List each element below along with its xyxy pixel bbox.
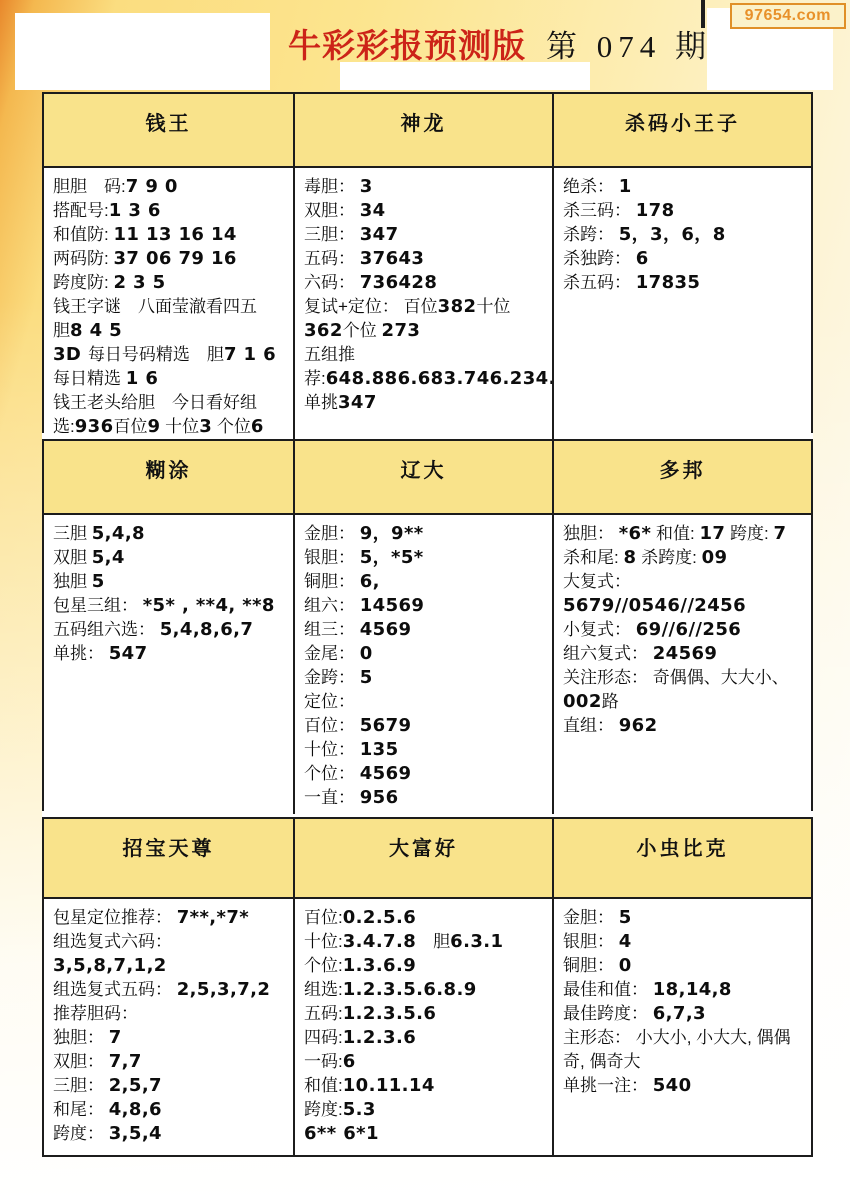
prediction-line: 包星三组： *5* , **4, **8 <box>53 594 284 618</box>
prediction-line: 复试+定位： 百位382十位362个位 273 <box>304 295 543 343</box>
prediction-line: 三胆 5,4,8 <box>53 522 284 546</box>
number-value: 17 <box>699 523 725 544</box>
label-text: 两码防: <box>53 249 113 268</box>
label-text: 直组： <box>563 716 619 735</box>
prediction-line: 和尾： 4,8,6 <box>53 1098 284 1122</box>
label-text: 推荐胆码： <box>53 1004 138 1023</box>
prediction-line: 组六复式： 24569 <box>563 642 802 666</box>
prediction-line: 定位： <box>304 690 543 714</box>
number-value: 5679 <box>360 715 412 736</box>
number-value: 8 <box>623 547 636 568</box>
prediction-line: 单挑： 547 <box>53 642 284 666</box>
prediction-line: 三胆： 347 <box>304 223 543 247</box>
label-text: 每日号码精选 胆 <box>88 345 224 364</box>
section-qianwang: 钱王 胆胆 码:7 9 0搭配号:1 3 6和值防: 11 13 16 14两码… <box>44 94 295 443</box>
number-value: 4 <box>619 931 632 952</box>
label-text: 复试+定位： 百位 <box>304 297 438 316</box>
prediction-line: 组三： 4569 <box>304 618 543 642</box>
section-body: 毒胆： 3双胆： 34三胆： 347五码： 37643六码： 736428复试+… <box>295 168 552 443</box>
label-text: 胆 <box>416 932 450 951</box>
number-value: 5,4,8 <box>92 523 145 544</box>
section-title: 多邦 <box>554 441 811 515</box>
label-text: 跨度: <box>304 1100 343 1119</box>
prediction-line: 组六： 14569 <box>304 594 543 618</box>
prediction-line: 和值防: 11 13 16 14 <box>53 223 284 247</box>
section-zhaobao-tianzun: 招宝天尊 包星定位推荐： 7**,*7*组选复式六码： 3,5,8,7,1,2组… <box>44 819 295 1155</box>
number-value: 347 <box>338 392 377 413</box>
prediction-line: 百位： 5679 <box>304 714 543 738</box>
number-value: 6 <box>251 416 264 437</box>
label-text: 双胆： <box>53 1052 109 1071</box>
number-value: 9 <box>148 416 161 437</box>
label-text: 杀和尾: <box>563 548 623 567</box>
number-value: 7 <box>109 1027 122 1048</box>
label-text: 包星三组： <box>53 596 143 615</box>
label-text: 铜胆： <box>563 956 619 975</box>
prediction-line: 6** 6*1 <box>304 1122 543 1146</box>
prediction-line: 跨度:5.3 <box>304 1098 543 1122</box>
prediction-line: 金尾： 0 <box>304 642 543 666</box>
number-value: 5 <box>92 571 105 592</box>
number-value: 6.3.1 <box>450 931 503 952</box>
label-text: 大复式： <box>563 572 631 591</box>
prediction-line: 双胆 5,4 <box>53 546 284 570</box>
prediction-line: 关注形态： 奇偶偶、大大小、002路 <box>563 666 802 714</box>
label-text: 组选复式五码： <box>53 980 177 999</box>
label-text: 小复式： <box>563 620 636 639</box>
label-text: 百位: <box>304 908 343 927</box>
number-value: 135 <box>360 739 399 760</box>
prediction-line: 独胆： *6* 和值: 17 跨度: 7 杀和尾: 8 杀跨度: 09 <box>563 522 802 570</box>
prediction-line: 独胆 5 <box>53 570 284 594</box>
prediction-line: 组选:1.2.3.5.6.8.9 <box>304 978 543 1002</box>
number-value: 17835 <box>636 272 701 293</box>
prediction-line: 单挑347 <box>304 391 543 415</box>
label-text: 铜胆： <box>304 572 360 591</box>
section-body: 金胆： 5银胆： 4铜胆： 0最佳和值： 18,14,8最佳跨度： 6,7,3主… <box>554 899 811 1155</box>
prediction-line: 跨度： 3,5,4 <box>53 1122 284 1146</box>
prediction-line: 铜胆： 0 <box>563 954 802 978</box>
number-value: 6, <box>360 571 380 592</box>
number-value: *5* , **4, **8 <box>143 595 275 616</box>
prediction-line: 五码： 37643 <box>304 247 543 271</box>
number-value: 3 <box>360 176 373 197</box>
prediction-line: 杀独跨： 6 <box>563 247 802 271</box>
label-text: 最佳和值： <box>563 980 653 999</box>
number-value: 7**,*7* <box>177 907 249 928</box>
prediction-line: 四码:1.2.3.6 <box>304 1026 543 1050</box>
number-value: 14569 <box>360 595 425 616</box>
number-value: 5，*5* <box>360 547 424 568</box>
number-value: 1 3 6 <box>109 200 161 221</box>
label-text: 三胆： <box>304 225 360 244</box>
label-text: 十位 <box>160 417 199 436</box>
section-liaoda: 辽大 金胆： 9，9**银胆： 5，*5*铜胆： 6,组六： 14569组三： … <box>295 441 554 814</box>
label-text: 双胆 <box>53 548 92 567</box>
label-text: 主形态： 小大小, 小大大, 偶偶奇, 偶奇大 <box>563 1028 791 1071</box>
number-value: 1.2.3.5.6.8.9 <box>343 979 477 1000</box>
label-text: 杀独跨： <box>563 249 636 268</box>
number-value: 347 <box>360 224 399 245</box>
label-text: 关注形态： 奇偶偶、大大小、 <box>563 668 789 687</box>
label-text: 个位 <box>212 417 251 436</box>
number-value: 2 3 5 <box>113 272 165 293</box>
section-title: 钱王 <box>44 94 293 168</box>
label-text: 十位： <box>304 740 360 759</box>
prediction-line: 跨度防: 2 3 5 <box>53 271 284 295</box>
section-dafuhao: 大富好 百位:0.2.5.6十位:3.4.7.8 胆6.3.1个位:1.3.6.… <box>295 819 554 1155</box>
prediction-line: 银胆： 5，*5* <box>304 546 543 570</box>
number-value: 002 <box>563 691 602 712</box>
number-value: 362 <box>304 320 343 341</box>
prediction-line: 胆胆 码:7 9 0 <box>53 175 284 199</box>
section-title: 糊涂 <box>44 441 293 515</box>
prediction-line: 金胆： 5 <box>563 906 802 930</box>
label-text: 单挑： <box>53 644 109 663</box>
label-text: 个位： <box>304 764 360 783</box>
prediction-line: 最佳和值： 18,14,8 <box>563 978 802 1002</box>
number-value: 1.3.6.9 <box>343 955 416 976</box>
label-text: 金尾： <box>304 644 360 663</box>
number-value: 178 <box>636 200 675 221</box>
prediction-line: 金胆： 9，9** <box>304 522 543 546</box>
section-xiaochong-bike: 小虫比克 金胆： 5银胆： 4铜胆： 0最佳和值： 18,14,8最佳跨度： 6… <box>554 819 811 1155</box>
section-body: 胆胆 码:7 9 0搭配号:1 3 6和值防: 11 13 16 14两码防: … <box>44 168 293 443</box>
number-value: 4569 <box>360 619 412 640</box>
number-value: 7,7 <box>109 1051 142 1072</box>
label-text: 杀跨： <box>563 225 619 244</box>
number-value: 936 <box>75 416 114 437</box>
label-text: 五码: <box>304 1004 343 1023</box>
number-value: 5.3 <box>343 1099 376 1120</box>
label-text: 和值防: <box>53 225 113 244</box>
number-value: 540 <box>653 1075 692 1096</box>
label-text: 四码: <box>304 1028 343 1047</box>
number-value: 1.2.3.5.6 <box>343 1003 437 1024</box>
number-value: 3D <box>53 344 88 365</box>
label-text: 百位： <box>304 716 360 735</box>
number-value: 2,5,3,7,2 <box>177 979 271 1000</box>
label-text: 金跨： <box>304 668 360 687</box>
number-value: 1.2.3.6 <box>343 1027 416 1048</box>
number-value: 6 <box>343 1051 356 1072</box>
label-text: 一直： <box>304 788 360 807</box>
number-value: 6 <box>636 248 649 269</box>
label-text: 独胆： <box>563 524 619 543</box>
label-text: 百位 <box>114 417 148 436</box>
number-value: 11 13 16 14 <box>113 224 236 245</box>
prediction-line: 单挑一注： 540 <box>563 1074 802 1098</box>
section-title: 招宝天尊 <box>44 819 293 899</box>
label-text: 杀五码： <box>563 273 636 292</box>
prediction-line: 杀五码： 17835 <box>563 271 802 295</box>
prediction-line: 百位:0.2.5.6 <box>304 906 543 930</box>
prediction-line: 金跨： 5 <box>304 666 543 690</box>
section-title: 辽大 <box>295 441 552 515</box>
number-value: 3,5,4 <box>109 1123 162 1144</box>
prediction-line: 十位:3.4.7.8 胆6.3.1 <box>304 930 543 954</box>
number-value: 24569 <box>653 643 718 664</box>
prediction-line: 推荐胆码： <box>53 1002 284 1026</box>
number-value: 382 <box>438 296 477 317</box>
number-value: 09 <box>702 547 728 568</box>
number-value: 0 <box>360 643 373 664</box>
label-text: 独胆 <box>53 572 92 591</box>
section-shama-xiaowangzi: 杀码小王子 绝杀： 1杀三码： 178杀跨： 5，3，6，8杀独跨： 6杀五码：… <box>554 94 811 443</box>
prediction-line: 五组推荐:648.886.683.746.234. <box>304 343 543 391</box>
section-body: 百位:0.2.5.6十位:3.4.7.8 胆6.3.1个位:1.3.6.9组选:… <box>295 899 552 1155</box>
prediction-line: 和值:10.11.14 <box>304 1074 543 1098</box>
label-text: 金胆： <box>563 908 619 927</box>
number-value: 962 <box>619 715 658 736</box>
number-value: 5 <box>619 907 632 928</box>
section-body: 金胆： 9，9**银胆： 5，*5*铜胆： 6,组六： 14569组三： 456… <box>295 515 552 814</box>
number-value: 5,4,8,6,7 <box>160 619 254 640</box>
label-text: 组六复式： <box>563 644 653 663</box>
number-value: 37643 <box>360 248 425 269</box>
number-value: 5679//0546//2456 <box>563 595 746 616</box>
number-value: 5，3，6，8 <box>619 224 726 245</box>
prediction-line: 组选复式六码： 3,5,8,7,1,2 <box>53 930 284 978</box>
section-body: 独胆： *6* 和值: 17 跨度: 7 杀和尾: 8 杀跨度: 09大复式： … <box>554 515 811 814</box>
prediction-line: 银胆： 4 <box>563 930 802 954</box>
prediction-line: 3D 每日号码精选 胆7 1 6每日精选 1 6 <box>53 343 284 391</box>
number-value: 6,7,3 <box>653 1003 706 1024</box>
number-value: 9，9** <box>360 523 424 544</box>
number-value: 18,14,8 <box>653 979 732 1000</box>
label-text: 银胆： <box>563 932 619 951</box>
label-text: 独胆： <box>53 1028 109 1047</box>
label-text: 组选: <box>304 980 343 999</box>
prediction-line: 十位： 135 <box>304 738 543 762</box>
number-value: 3,5,8,7,1,2 <box>53 955 167 976</box>
label-text: 定位： <box>304 692 355 711</box>
prediction-line: 钱王老头给胆 今日看好组选:936百位9 十位3 个位6 <box>53 391 284 439</box>
masthead: 牛彩彩报预测版第 074 期 <box>288 20 712 67</box>
prediction-line: 五码组六选： 5,4,8,6,7 <box>53 618 284 642</box>
prediction-line: 两码防: 37 06 79 16 <box>53 247 284 271</box>
board-row-3: 招宝天尊 包星定位推荐： 7**,*7*组选复式六码： 3,5,8,7,1,2组… <box>42 817 813 1157</box>
section-shenlong: 神龙 毒胆： 3双胆： 34三胆： 347五码： 37643六码： 736428… <box>295 94 554 443</box>
number-value: 69//6//256 <box>636 619 741 640</box>
label-text: 十位: <box>304 932 343 951</box>
label-text: 和尾： <box>53 1100 109 1119</box>
number-value: 4,8,6 <box>109 1099 162 1120</box>
page-title: 牛彩彩报预测版 <box>288 27 526 64</box>
prediction-line: 主形态： 小大小, 小大大, 偶偶奇, 偶奇大 <box>563 1026 802 1074</box>
section-title: 杀码小王子 <box>554 94 811 168</box>
label-text: 搭配号: <box>53 201 109 220</box>
number-value: *6* <box>619 523 652 544</box>
number-value: 10.11.14 <box>343 1075 435 1096</box>
number-value: 5 <box>360 667 373 688</box>
number-value: 4569 <box>360 763 412 784</box>
number-value: 0 <box>619 955 632 976</box>
prediction-line: 一码:6 <box>304 1050 543 1074</box>
label-text: 十位 <box>476 297 510 316</box>
section-body: 包星定位推荐： 7**,*7*组选复式六码： 3,5,8,7,1,2组选复式五码… <box>44 899 293 1155</box>
number-value: 273 <box>382 320 421 341</box>
label-text: 绝杀： <box>563 177 619 196</box>
prediction-line: 绝杀： 1 <box>563 175 802 199</box>
number-value: 547 <box>109 643 148 664</box>
prediction-line: 独胆： 7 <box>53 1026 284 1050</box>
label-text: 三胆： <box>53 1076 109 1095</box>
label-text: 五码组六选： <box>53 620 160 639</box>
prediction-line: 杀三码： 178 <box>563 199 802 223</box>
prediction-line: 一直： 956 <box>304 786 543 810</box>
number-value: 8 4 5 <box>70 320 122 341</box>
prediction-line: 六码： 736428 <box>304 271 543 295</box>
label-text: 最佳跨度： <box>563 1004 653 1023</box>
section-title: 大富好 <box>295 819 552 899</box>
label-text: 每日精选 <box>53 369 126 388</box>
number-value: 956 <box>360 787 399 808</box>
prediction-line: 个位:1.3.6.9 <box>304 954 543 978</box>
prediction-line: 三胆： 2,5,7 <box>53 1074 284 1098</box>
prediction-line: 钱王字谜 八面莹澈看四五 胆8 4 5 <box>53 295 284 343</box>
blank-white-box-left <box>15 13 270 90</box>
number-value: 34 <box>360 200 386 221</box>
number-value: 7 1 6 <box>224 344 276 365</box>
label-text: 组六： <box>304 596 360 615</box>
label-text: 跨度防: <box>53 273 113 292</box>
prediction-line: 直组： 962 <box>563 714 802 738</box>
number-value: 2,5,7 <box>109 1075 162 1096</box>
label-text: 个位 <box>343 321 382 340</box>
label-text: 胆胆 码: <box>53 177 126 196</box>
label-text: 单挑一注： <box>563 1076 653 1095</box>
label-text: 组三： <box>304 620 360 639</box>
board-row-2: 糊涂 三胆 5,4,8双胆 5,4独胆 5包星三组： *5* , **4, **… <box>42 439 813 811</box>
section-hutu: 糊涂 三胆 5,4,8双胆 5,4独胆 5包星三组： *5* , **4, **… <box>44 441 295 814</box>
label-text: 双胆： <box>304 201 360 220</box>
label-text: 三胆 <box>53 524 92 543</box>
prediction-line: 组选复式五码： 2,5,3,7,2 <box>53 978 284 1002</box>
label-text: 五码： <box>304 249 360 268</box>
prediction-line: 五码:1.2.3.5.6 <box>304 1002 543 1026</box>
prediction-line: 个位： 4569 <box>304 762 543 786</box>
label-text: 跨度： <box>53 1124 109 1143</box>
label-text: 银胆： <box>304 548 360 567</box>
label-text: 一码: <box>304 1052 343 1071</box>
number-value: 736428 <box>360 272 438 293</box>
label-text: 包星定位推荐： <box>53 908 177 927</box>
label-text: 和值: <box>304 1076 343 1095</box>
number-value: 3 <box>199 416 212 437</box>
section-title: 小虫比克 <box>554 819 811 899</box>
prediction-line: 杀跨： 5，3，6，8 <box>563 223 802 247</box>
prediction-line: 双胆： 7,7 <box>53 1050 284 1074</box>
number-value: 1 6 <box>126 368 159 389</box>
number-value: 7 9 0 <box>126 176 178 197</box>
prediction-line: 铜胆： 6, <box>304 570 543 594</box>
number-value: 7 <box>774 523 787 544</box>
label-text: 单挑 <box>304 393 338 412</box>
number-value: 3.4.7.8 <box>343 931 416 952</box>
number-value: 0.2.5.6 <box>343 907 416 928</box>
label-text: 组选复式六码： <box>53 932 172 951</box>
label-text: 金胆： <box>304 524 360 543</box>
prediction-line: 双胆： 34 <box>304 199 543 223</box>
label-text: 六码： <box>304 273 360 292</box>
prediction-board: 钱王 胆胆 码:7 9 0搭配号:1 3 6和值防: 11 13 16 14两码… <box>42 92 813 1157</box>
label-text: 个位: <box>304 956 343 975</box>
section-body: 绝杀： 1杀三码： 178杀跨： 5，3，6，8杀独跨： 6杀五码： 17835 <box>554 168 811 443</box>
section-body: 三胆 5,4,8双胆 5,4独胆 5包星三组： *5* , **4, **8五码… <box>44 515 293 814</box>
section-duobang: 多邦 独胆： *6* 和值: 17 跨度: 7 杀和尾: 8 杀跨度: 09大复… <box>554 441 811 814</box>
label-text: 杀跨度: <box>636 548 701 567</box>
label-text: 杀三码： <box>563 201 636 220</box>
prediction-line: 最佳跨度： 6,7,3 <box>563 1002 802 1026</box>
prediction-line: 大复式： 5679//0546//2456 <box>563 570 802 618</box>
prediction-line: 包星定位推荐： 7**,*7* <box>53 906 284 930</box>
section-title: 神龙 <box>295 94 552 168</box>
number-value: 648.886.683.746.234. <box>326 368 552 389</box>
label-text: 跨度: <box>725 524 773 543</box>
number-value: 1 <box>619 176 632 197</box>
board-row-1: 钱王 胆胆 码:7 9 0搭配号:1 3 6和值防: 11 13 16 14两码… <box>42 92 813 433</box>
number-value: 6** 6*1 <box>304 1123 379 1144</box>
prediction-line: 小复式： 69//6//256 <box>563 618 802 642</box>
watermark-badge: 97654.com <box>730 3 846 29</box>
label-text: 毒胆： <box>304 177 360 196</box>
number-value: 5,4 <box>92 547 125 568</box>
issue-number: 第 074 期 <box>546 29 712 64</box>
number-value: 37 06 79 16 <box>113 248 236 269</box>
label-text: 和值: <box>651 524 699 543</box>
prediction-line: 搭配号:1 3 6 <box>53 199 284 223</box>
label-text: 路 <box>602 692 619 711</box>
prediction-line: 毒胆： 3 <box>304 175 543 199</box>
